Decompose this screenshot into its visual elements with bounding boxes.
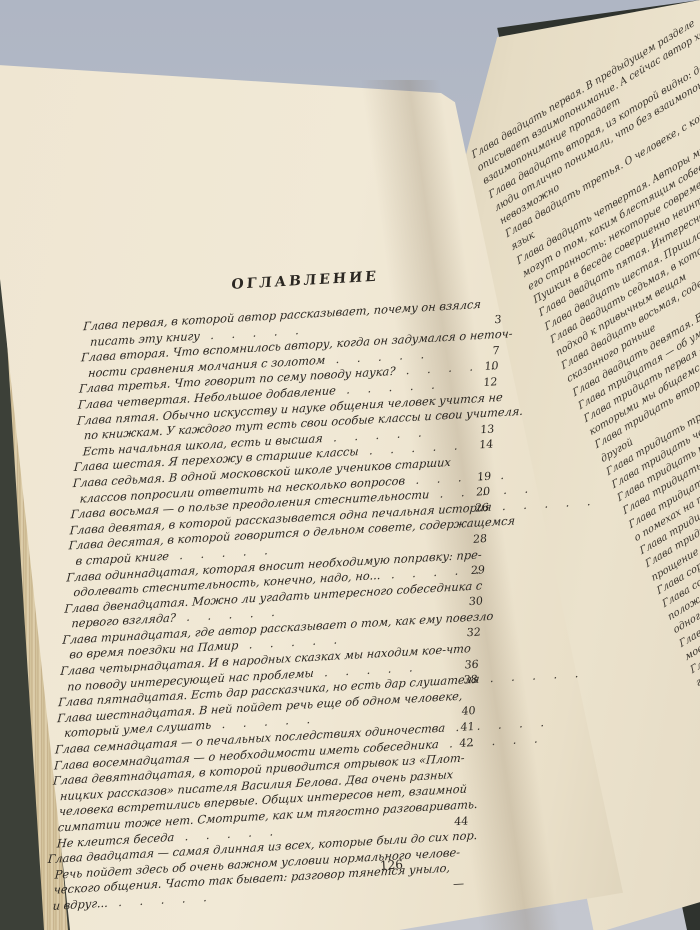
toc-page-number: 28 <box>472 531 487 547</box>
toc-page-number: 14 <box>479 437 494 453</box>
toc-page-number: 13 <box>480 421 495 437</box>
table-of-contents: ОГЛАВЛЕНИЕ Глава первая, в которой автор… <box>44 262 505 915</box>
toc-page-number: 26 <box>475 500 490 516</box>
page-number: 126 <box>380 857 404 872</box>
toc-page-number: 20 <box>476 484 491 500</box>
toc-page-number: 7 <box>492 343 500 359</box>
toc-page-number: 38 <box>463 672 478 688</box>
toc-page-number: 42 <box>459 735 474 751</box>
toc-page-number: 29 <box>470 562 485 578</box>
toc-page-number: 10 <box>484 358 499 374</box>
toc-page-number: — <box>453 876 465 892</box>
toc-entry-text: и вдруг... <box>52 896 108 913</box>
toc-page-number: 12 <box>483 374 498 390</box>
toc-page-number: 40 <box>461 703 476 719</box>
toc-page-number: 30 <box>468 594 483 610</box>
toc-page-number: 3 <box>494 311 502 327</box>
toc-page-number: 19 <box>477 468 492 484</box>
toc-page-number: 32 <box>466 625 481 641</box>
toc-page-number: 41 <box>460 719 475 735</box>
toc-page-number: 36 <box>464 656 479 672</box>
toc-page-number: 44 <box>454 813 469 829</box>
toc-entries: Глава первая, в которой автор рассказыва… <box>44 296 503 915</box>
